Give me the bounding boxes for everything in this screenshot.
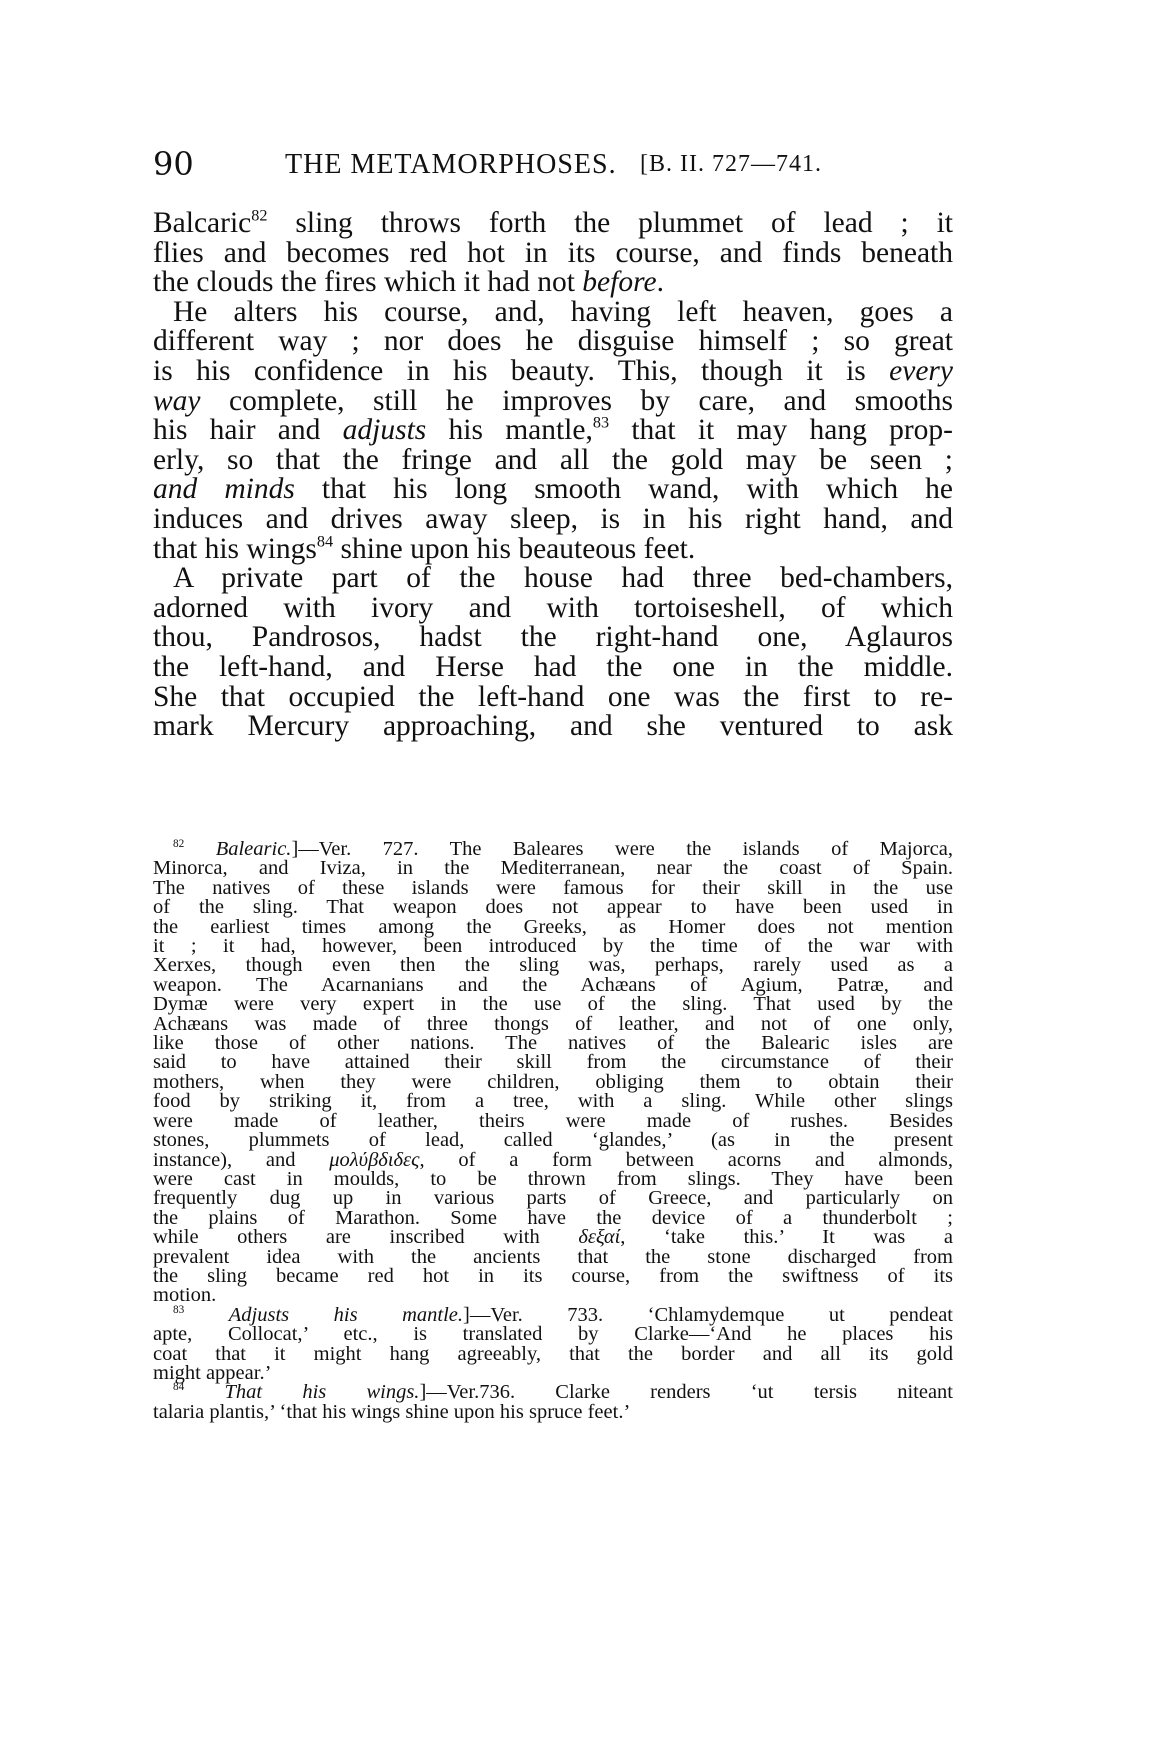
text-line: different way ; nor does he disguise him… bbox=[153, 327, 953, 357]
footnote-ref: 83 bbox=[593, 414, 609, 432]
text-line: Dymæ were very expert in the use of the … bbox=[153, 995, 953, 1014]
text-line: the left-hand, and Herse had the one in … bbox=[153, 653, 953, 683]
text-line: coat that it might hang agreeably, that … bbox=[153, 1345, 953, 1364]
text-line: food by striking it, from a tree, with a… bbox=[153, 1092, 953, 1111]
text-line: adorned with ivory and with tortoiseshel… bbox=[153, 594, 953, 624]
text-line: while others are inscribed with δεξαί, ‘… bbox=[153, 1228, 953, 1247]
main-text: Balcaric82 sling throws forth the plumme… bbox=[153, 209, 953, 742]
paragraph: He alters his course, and, having left h… bbox=[153, 298, 953, 564]
text-line: He alters his course, and, having left h… bbox=[153, 298, 953, 328]
text-line: mark Mercury approaching, and she ventur… bbox=[153, 712, 953, 742]
text-line: Minorca, and Iviza, in the Mediterranean… bbox=[153, 859, 953, 878]
text-line: frequently dug up in various parts of Gr… bbox=[153, 1189, 953, 1208]
text-line: talaria plantis,’ ‘that his wings shine … bbox=[153, 1403, 953, 1422]
page-number: 90 bbox=[153, 145, 194, 183]
footnote-number: 83 bbox=[173, 1304, 184, 1316]
footnote-number: 84 bbox=[173, 1381, 184, 1393]
text-line: A private part of the house had three be… bbox=[153, 564, 953, 594]
footnote-82: 82 Balearic.]—Ver. 727. The Baleares wer… bbox=[153, 840, 953, 1306]
text-line: instance), and μολύβδιδες, of a form bet… bbox=[153, 1151, 953, 1170]
text-line: the sling became red hot in its course, … bbox=[153, 1267, 953, 1286]
text-line: and minds that his long smooth wand, wit… bbox=[153, 475, 953, 505]
text-line: the clouds the fires which it had not be… bbox=[153, 268, 953, 298]
text-line: Xerxes, though even then the sling was, … bbox=[153, 956, 953, 975]
greek-word: δεξαί bbox=[578, 1226, 620, 1248]
footnote-number: 82 bbox=[173, 838, 184, 850]
running-title: THE METAMORPHOSES. bbox=[285, 149, 617, 181]
paragraph: Balcaric82 sling throws forth the plumme… bbox=[153, 209, 953, 298]
page-header: 90 THE METAMORPHOSES. [B. II. 727—741. bbox=[153, 145, 953, 185]
text-line: his hair and adjusts his mantle,83 that … bbox=[153, 416, 953, 446]
footnote-ref: 84 bbox=[317, 532, 333, 550]
footnote-83: 83 Adjusts his mantle.]—Ver. 733. ‘Chlam… bbox=[153, 1306, 953, 1384]
footnote-84: 84 That his wings.]—Ver.736. Clarke rend… bbox=[153, 1383, 953, 1422]
text-line: Balcaric82 sling throws forth the plumme… bbox=[153, 209, 953, 239]
text-line: 84 That his wings.]—Ver.736. Clarke rend… bbox=[153, 1383, 953, 1402]
footnotes: 82 Balearic.]—Ver. 727. The Baleares wer… bbox=[153, 840, 953, 1422]
paragraph: A private part of the house had three be… bbox=[153, 564, 953, 742]
section-reference: [B. II. 727—741. bbox=[640, 151, 822, 178]
text-line: of the sling. That weapon does not appea… bbox=[153, 898, 953, 917]
text-line: erly, so that the fringe and all the gol… bbox=[153, 446, 953, 476]
text-line: way complete, still he improves by care,… bbox=[153, 387, 953, 417]
text-line: that his wings84 shine upon his beauteou… bbox=[153, 535, 953, 565]
text-line: induces and drives away sleep, is in his… bbox=[153, 505, 953, 535]
footnote-ref: 82 bbox=[251, 207, 267, 225]
text-line: is his confidence in his beauty. This, t… bbox=[153, 357, 953, 387]
text-line: thou, Pandrosos, hadst the right-hand on… bbox=[153, 623, 953, 653]
text-line: flies and becomes red hot in its course,… bbox=[153, 239, 953, 269]
text-line: apte, Collocat,’ etc., is translated by … bbox=[153, 1325, 953, 1344]
text-line: said to have attained their skill from t… bbox=[153, 1053, 953, 1072]
text-line: She that occupied the left-hand one was … bbox=[153, 683, 953, 713]
